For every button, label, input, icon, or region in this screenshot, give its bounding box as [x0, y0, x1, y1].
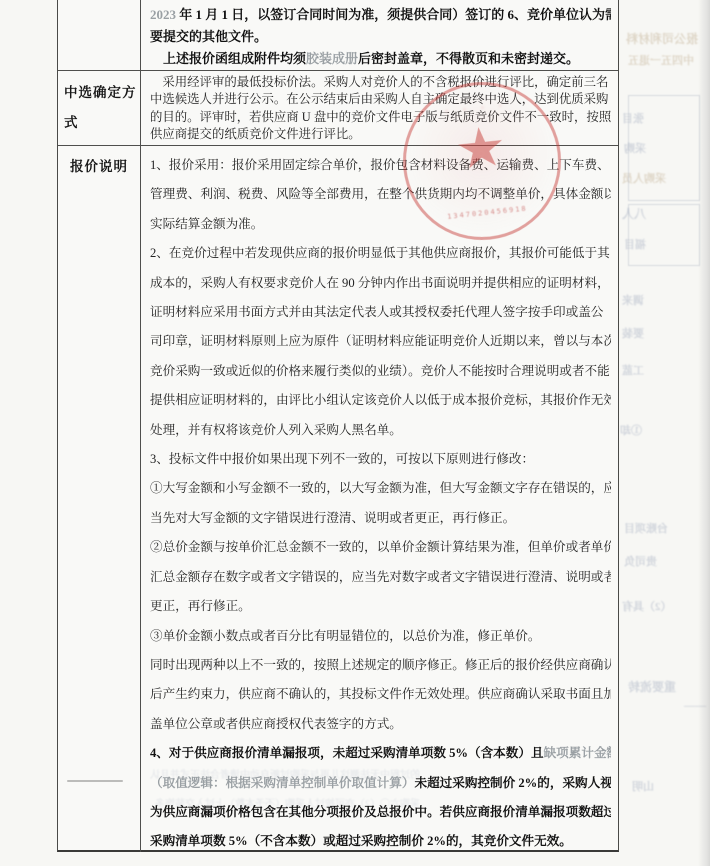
- text-line: 要提交的其他文件。: [150, 26, 611, 48]
- bleed-through-table-outline: [628, 204, 700, 266]
- quote-notes-text: 1、报价采用：报价采用固定综合单价，报价包含材料设备费、运输费、上下车费、管理费…: [141, 146, 618, 852]
- table-row-attachment-note: 2023 年 1 月 1 日，以签订合同时间为准，须提供合同）签订的 6、竞价单…: [58, 0, 618, 71]
- text-line: 1、报价采用：报价采用固定综合单价，报价包含材料设备费、运输费、上下车费、: [150, 151, 611, 180]
- text-line: 汇总金额存在数字或者文字错误的，应当先对数字或者文字错误进行澄清、说明或者: [150, 563, 611, 592]
- quote-notes-label-text: 报价说明: [70, 159, 128, 174]
- text-line: 采用经评审的最低投标价法。采购人对竞价人的不含税报价进行评比，确定前三名: [150, 74, 611, 91]
- text-line: 成本的，采购人有权要求竞价人在 90 分钟内作出书面说明并提供相应的证明材料，: [150, 269, 611, 298]
- row-label-empty: [58, 0, 141, 70]
- label-column-dash-mark: [67, 780, 123, 782]
- text-line: 当先对大写金额的文字错误进行澄清、说明或者更正，再行修正。: [150, 504, 611, 533]
- bleed-through-text-fragment: 重要流转: [628, 678, 676, 695]
- text-line: 3、投标文件中报价如果出现下列不一致的，可按以下原则进行修改：: [150, 445, 611, 474]
- bleed-through-text-fragment: 采购: [624, 140, 646, 156]
- text-line: 竞价采购一致或近似的价格来履行类似的业绩）。竞价人不能按时合理说明或者不能: [150, 357, 611, 386]
- bleed-through-text-fragment: ——: [684, 700, 706, 712]
- text-line: ③单价金额小数点或者百分比有明显错位的，以总价为准，修正单价。: [150, 622, 611, 651]
- text-line: 同时出现两种以上不一致的，按照上述规定的顺序修正。修正后的报价经供应商确认: [150, 651, 611, 680]
- text-line: 采购清单项数 5%（不含本数）或超过采购控制价 2%的，其竞价文件无效。: [150, 827, 611, 852]
- text-line: 司印章，证明材料原则上应为原件（证明材料应能证明竞价人近期以来，曾以与本次: [150, 327, 611, 356]
- text-line: 的目的。评审时，若供应商 U 盘中的竞价文件电子版与纸质竞价文件不一致时，按照: [150, 109, 611, 126]
- bleed-through-text-fragment: （2）具有: [622, 598, 672, 614]
- bleed-through-text-fragment: 张目: [622, 110, 644, 126]
- row-label-selection-method: 中选确定方式: [58, 71, 141, 145]
- text-line: 处理，并有权将该竞价人列入采购人黑名单。: [150, 416, 611, 445]
- bleed-through-text-fragment: 贵司负: [624, 553, 657, 569]
- text-line: 供应商提交的纸质竞价文件进行评比。: [150, 126, 611, 143]
- text-line: 证明材料应采用书面方式并由其法定代表人或其授权委托代理人签字按手印或盖公: [150, 298, 611, 327]
- text-line: 2023 年 1 月 1 日，以签订合同时间为准，须提供合同）签订的 6、竞价单…: [150, 4, 611, 26]
- text-line: 2、在竞价过程中若发现供应商的报价明显低于其他供应商报价，其报价可能低于其: [150, 239, 611, 268]
- grayed-text: 胶装成册: [306, 51, 358, 66]
- attachment-note-text: 2023 年 1 月 1 日，以签订合同时间为准，须提供合同）签订的 6、竞价单…: [141, 0, 618, 70]
- scan-page-edge-shadow: [698, 0, 710, 866]
- bleed-through-text-fragment: 要装: [622, 325, 644, 341]
- selection-method-text: 采用经评审的最低投标价法。采购人对竞价人的不含税报价进行评比，确定前三名中选候选…: [141, 71, 618, 145]
- grayed-text: 缺项累计金额: [544, 746, 611, 760]
- text-line: ①大写金额和小写金额不一致的，以大写金额为准，但大写金额文字存在错误的，应: [150, 474, 611, 503]
- text-line: 上述报价函组成附件均须胶装成册后密封盖章，不得散页和未密封递交。: [150, 48, 611, 70]
- text-line: 管理费、利润、税费、风险等全部费用，在整个供货期内均不调整单价，具体金额以: [150, 180, 611, 209]
- bleed-through-text-fragment: 采购人员: [622, 170, 666, 186]
- text-line: 盖单位公章或者供应商授权代表签字的方式。: [150, 710, 611, 739]
- bleed-through-text-fragment: 工蓝: [622, 362, 644, 378]
- bleed-through-text-fragment: 八人: [622, 205, 646, 222]
- grayed-text: 2023: [150, 7, 176, 22]
- grayed-text: （取值逻辑：根据采购清单控制单价取值计算）: [150, 776, 414, 790]
- text-line: （取值逻辑：根据采购清单控制单价取值计算）未超过采购控制价 2%的，采购人视: [150, 769, 611, 798]
- bleed-through-table-outline: [628, 95, 700, 201]
- document-table: 2023 年 1 月 1 日，以签订合同时间为准，须提供合同）签订的 6、竞价单…: [57, 0, 619, 852]
- text-line: 4、对于供应商报价清单漏报项，未超过采购清单项数 5%（含本数）且缺项累计金额: [150, 739, 611, 768]
- text-line: ②总价金额与按单价汇总金额不一致的，以单价金额计算结果为准，但单价或者单价: [150, 533, 611, 562]
- text-line: 更正，再行修正。: [150, 592, 611, 621]
- row-label-quote-notes: 报价说明: [58, 146, 141, 852]
- text-line: 中选候选人并进行公示。在公示结束后由采购人自主确定最终中选人，达到优质采购: [150, 91, 611, 108]
- bleed-through-text-fragment: 台账项目: [624, 520, 668, 536]
- text-line: 后产生约束力，供应商不确认的，其投标文件作无效处理。供应商确认采取书面且加: [150, 680, 611, 709]
- bleed-through-text-fragment: 报公司利材料: [626, 30, 698, 47]
- table-row-quote-notes: 报价说明 1、报价采用：报价采用固定综合单价，报价包含材料设备费、运输费、上下车…: [58, 146, 618, 852]
- bleed-through-text-fragment: 福目: [624, 236, 646, 252]
- bleed-through-text-fragment: 山明: [632, 778, 654, 794]
- scanned-document-page: { "document": { "kind": "procurement-bid…: [0, 0, 710, 866]
- bleed-through-text-fragment: 调来: [622, 292, 644, 308]
- text-line: 为供应商漏项价格包含在其他分项报价及总报价中。若供应商报价清单漏报项数超过: [150, 798, 611, 827]
- bleed-through-text-fragment: 中四五一退五: [628, 52, 694, 68]
- text-line: 实际结算金额为准。: [150, 210, 611, 239]
- bleed-through-text-fragment: ①却: [620, 422, 642, 438]
- text-line: 提供相应证明材料的，由评比小组认定该竞价人以低于成本报价竞标，其报价作无效: [150, 386, 611, 415]
- table-row-selection-method: 中选确定方式 采用经评审的最低投标价法。采购人对竞价人的不含税报价进行评比，确定…: [58, 71, 618, 146]
